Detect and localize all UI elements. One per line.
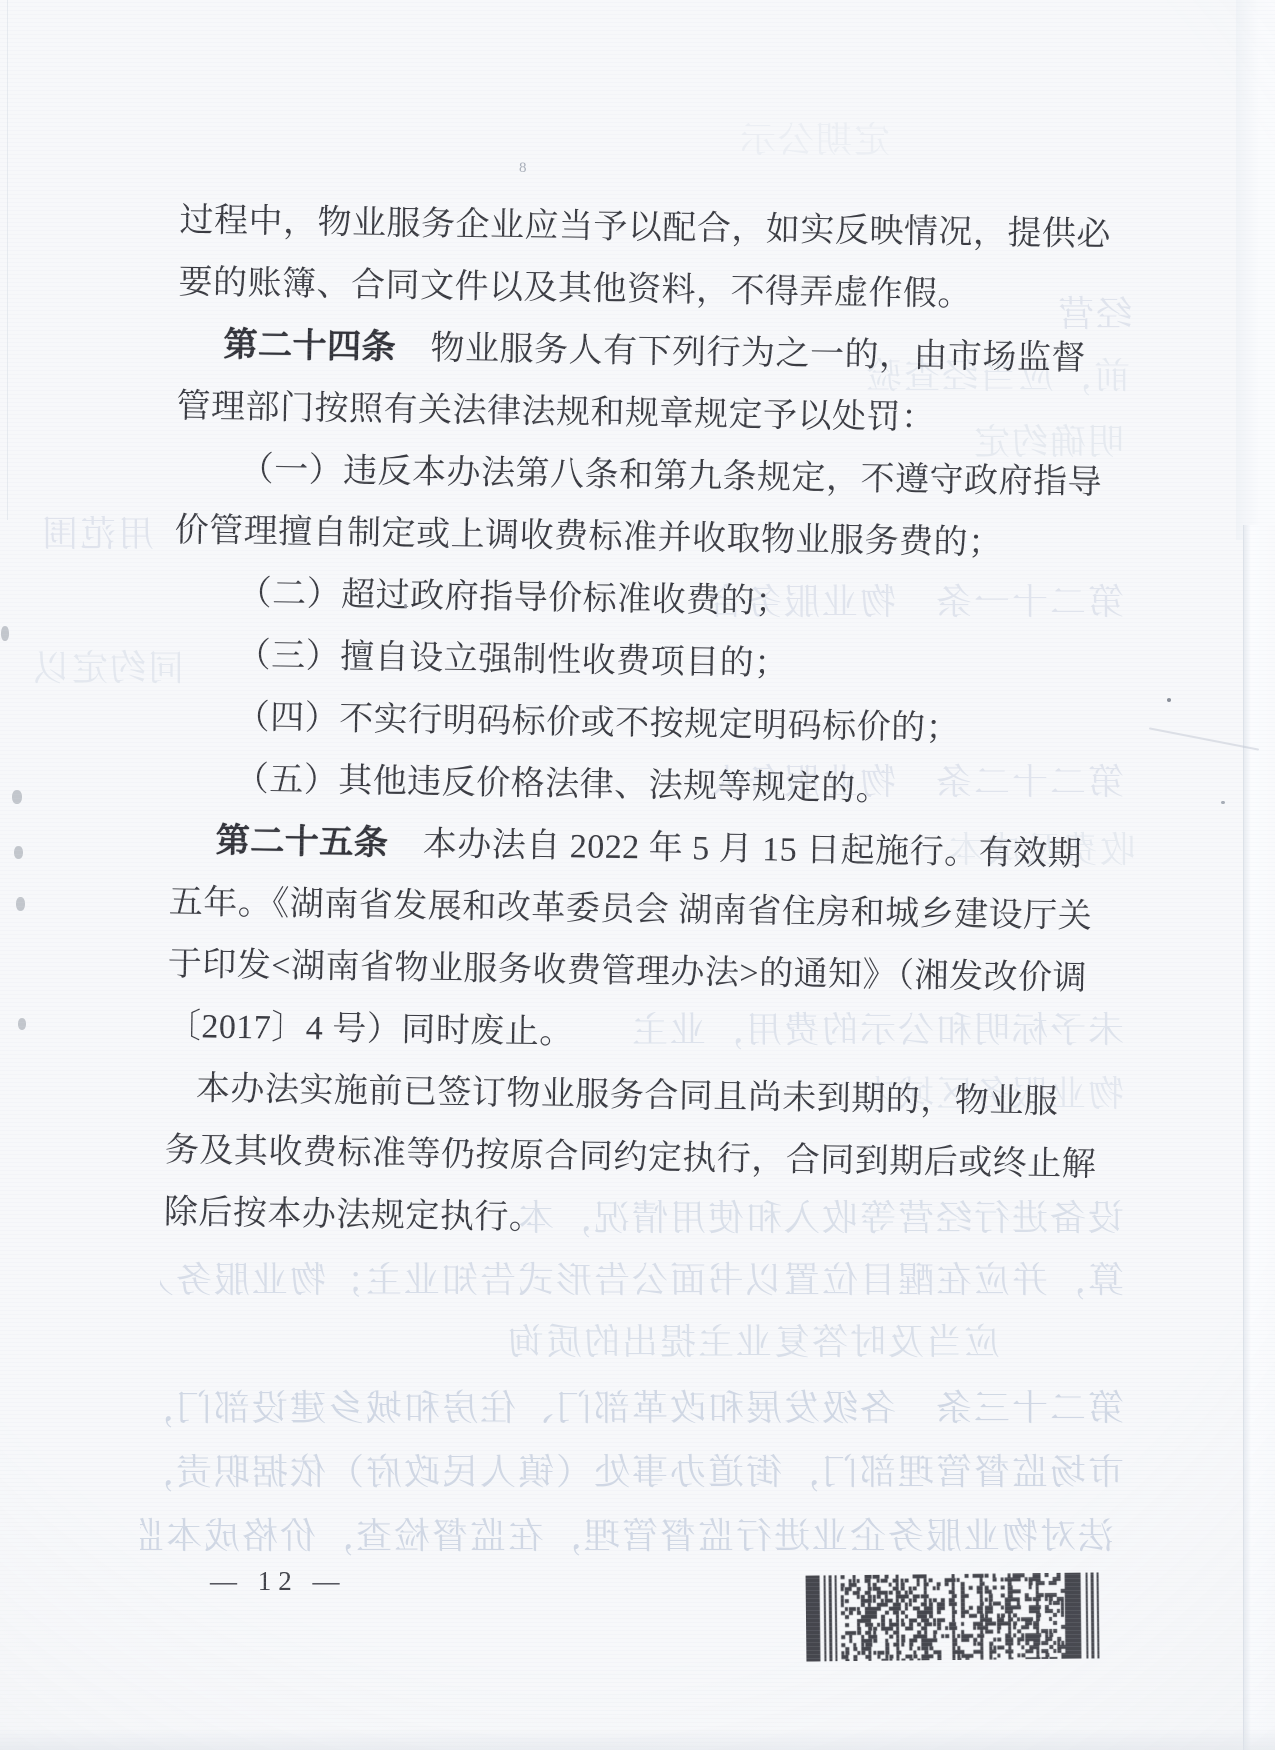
line-text: （四）不实行明码标价或不按规定明码标价的； (235, 699, 960, 747)
line-text: 〔2017〕4 号）同时废止。 (167, 1008, 575, 1051)
line-text: 要的账簿、合同文件以及其他资料，不得弄虚作假。 (178, 264, 972, 313)
page-edge-bottom (0, 1728, 1275, 1750)
article-number: 第二十四条 (223, 327, 396, 367)
binding-smudge (12, 790, 22, 804)
page-number: — 12 — (210, 1566, 347, 1597)
page-edge-left (7, 0, 8, 520)
bleedthrough-text: 第二十三条 各级发展和改革部门、住房和城乡建设部门， (160, 1384, 1124, 1432)
dust-speck (404, 604, 407, 608)
binding-smudge (16, 897, 25, 911)
line-text: 五年。《湖南省发展和改革委员会 湖南省住房和城乡建设厅关 (169, 884, 1093, 936)
page-edge-right-top (1236, 0, 1275, 540)
line-text: 于印发<湖南省物业服务收费管理办法>的通知》（湘发改价调 (168, 946, 1088, 997)
article-number: 第二十五条 (215, 823, 388, 863)
bleedthrough-text: 算，并应在醒目位置以书面公告形式告知业主；物业服务人 (160, 1256, 1124, 1304)
bleedthrough-text: 市场监督管理部门，街道办事处（镇人民政府）依据职责，依 (150, 1448, 1124, 1496)
binding-smudge (18, 1018, 26, 1030)
line-text: （一）违反本办法第八条和第九条规定，不遵守政府指导 (239, 451, 1102, 502)
binding-smudge (1, 626, 9, 641)
line-text: 价管理擅自制定或上调收费标准并收取物业服务费的； (174, 512, 1002, 562)
dust-speck (1221, 801, 1225, 804)
bleedthrough-text: 同约定以 (24, 644, 184, 692)
line-text: （二）超过政府指导价标准收费的； (237, 575, 790, 621)
document-text-block: 过程中，物业服务企业应当予以配合，如实反映情况，提供必 要的账簿、合同文件以及其… (163, 190, 1121, 1259)
bleedthrough-text: 应当及时答复业主提出的质询 (300, 1318, 1000, 1366)
line-text: （五）其他违反价格法律、法规等规定的。 (234, 761, 890, 808)
line-text: 本办法实施前已签订物业服务合同且尚未到期的，物业服 (196, 1070, 1059, 1121)
line-text: 物业服务人有下列行为之一的，由市场监督 (396, 329, 1086, 377)
stacked-2d-barcode (806, 1572, 1107, 1661)
page-edge-right (1243, 525, 1275, 1750)
bleedthrough-text: 法对物业服务企业进行监督管理，在监督检查，价格成本监审 (140, 1512, 1114, 1560)
bleedthrough-text: 定期公示 (190, 116, 890, 164)
bleedthrough-text: 用范围 (20, 510, 154, 558)
line-text: （三）擅自设立强制性收费项目的； (236, 637, 789, 683)
binding-smudge (14, 846, 23, 859)
dust-speck (1167, 698, 1171, 702)
line-text: 除后按本办法规定执行。 (164, 1194, 544, 1237)
stray-ink-mark: 8 (519, 160, 527, 177)
line-text: 管理部门按照有关法律法规和规章规定予以处罚： (176, 388, 935, 437)
line-text: 过程中，物业服务企业应当予以配合，如实反映情况，提供必 (179, 202, 1111, 254)
line-text: 务及其收费标准等仍按原合同约定执行，合同到期后或终止解 (165, 1132, 1097, 1184)
line-text: 本办法自 2022 年 5 月 15 日起施行。有效期 (388, 825, 1082, 873)
